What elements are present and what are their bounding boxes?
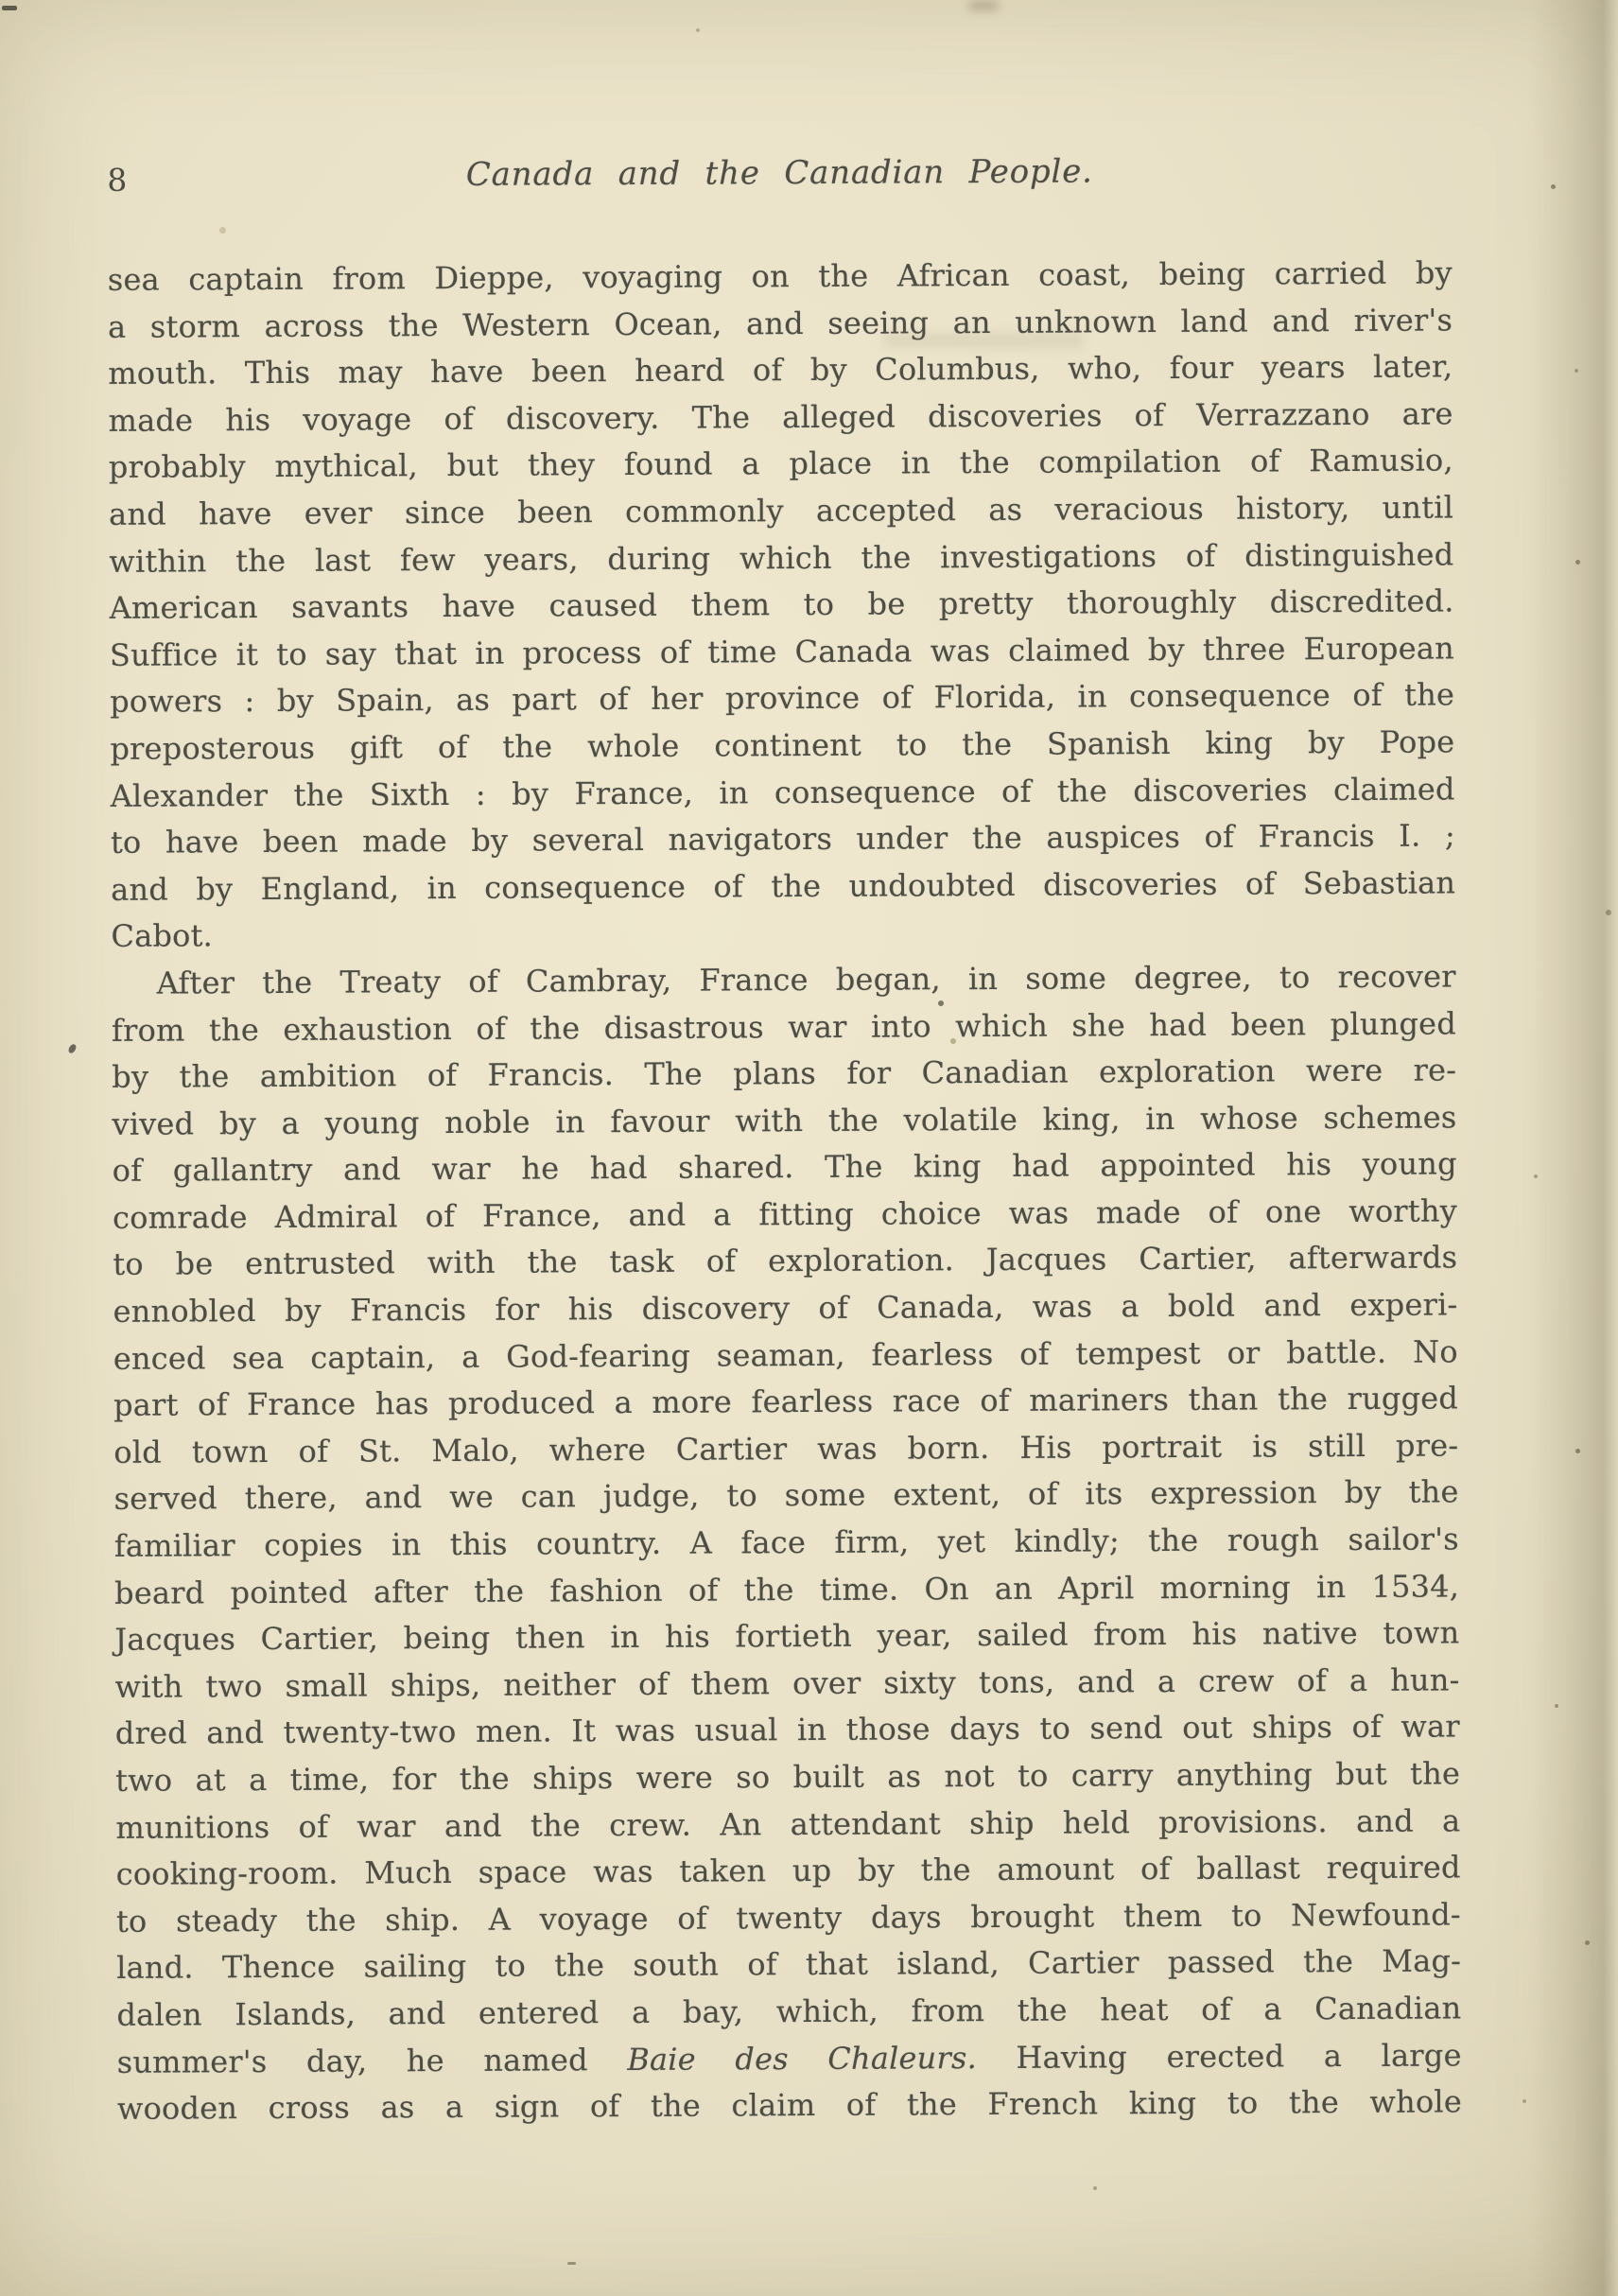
text-line: comrade Admiral of France, and a fitting…	[113, 1188, 1457, 1242]
text-line: and have ever since been commonly accept…	[109, 484, 1453, 538]
text-line: ennobled by Francis for his discovery of…	[113, 1281, 1457, 1335]
text-line: summer's day, he named Baie des Chaleurs…	[117, 2032, 1462, 2086]
text-line: enced sea captain, a God-fearing seaman,…	[113, 1329, 1458, 1383]
text-line: Cabot.	[111, 907, 1455, 961]
text-line: wooden cross as a sign of the claim of t…	[117, 2079, 1462, 2133]
text-line: a storm across the Western Ocean, and se…	[108, 297, 1453, 351]
text-line: American savants have caused them to be …	[110, 579, 1454, 633]
text-line: with two small ships, neither of them ov…	[114, 1657, 1459, 1711]
text-line: to have been made by several navigators …	[111, 813, 1455, 867]
text-line: from the exhaustion of the disastrous wa…	[112, 1000, 1456, 1054]
text-line: dalen Islands, and entered a bay, which,…	[116, 1985, 1461, 2039]
text-line: dred and twenty-two men. It was usual in…	[115, 1704, 1460, 1758]
text-line: preposterous gift of the whole continent…	[110, 719, 1454, 773]
text-line: After the Treaty of Cambray, France bega…	[112, 953, 1456, 1007]
page-header: 8 Canada and the Canadian People.	[107, 150, 1452, 208]
text-line: munitions of war and the crew. An attend…	[115, 1798, 1460, 1852]
text-line: to steady the ship. A voyage of twenty d…	[116, 1891, 1461, 1945]
text-line: part of France has produced a more fearl…	[113, 1376, 1458, 1430]
text-line: familiar copies in this country. A face …	[114, 1516, 1459, 1570]
text-line: sea captain from Dieppe, voyaging on the…	[108, 250, 1453, 304]
text-line: and by England, in consequence of the un…	[111, 860, 1455, 913]
text-line: vived by a young noble in favour with th…	[112, 1094, 1456, 1148]
text-line: mouth. This may have been heard of by Co…	[108, 344, 1453, 398]
text-line: two at a time, for the ships were so bui…	[115, 1750, 1460, 1804]
scanned-page-content: 8 Canada and the Canadian People. sea ca…	[0, 0, 1618, 2296]
page-text: sea captain from Dieppe, voyaging on the…	[108, 250, 1462, 2132]
text-line: beard pointed after the fashion of the t…	[114, 1563, 1459, 1617]
text-line: Jacques Cartier, being then in his forti…	[114, 1610, 1459, 1664]
text-line: powers : by Spain, as part of her provin…	[110, 672, 1454, 726]
text-line: to be entrusted with the task of explora…	[113, 1235, 1457, 1289]
page-number: 8	[107, 162, 128, 199]
text-line: by the ambition of Francis. The plans fo…	[112, 1048, 1456, 1102]
running-header-title: Canada and the Canadian People.	[107, 150, 1452, 195]
text-line: made his voyage of discovery. The allege…	[108, 391, 1453, 444]
text-line: old town of St. Malo, where Cartier was …	[113, 1422, 1458, 1476]
text-line: Alexander the Sixth : by France, in cons…	[111, 766, 1455, 820]
text-line: served there, and we can judge, to some …	[113, 1470, 1458, 1523]
text-line: within the last few years, during which …	[109, 531, 1453, 585]
paragraph: After the Treaty of Cambray, France bega…	[112, 953, 1462, 2132]
text-line: of gallantry and war he had shared. The …	[113, 1141, 1457, 1195]
text-line: cooking-room. Much space was taken up by…	[116, 1845, 1461, 1899]
text-line: Suffice it to say that in process of tim…	[110, 625, 1454, 679]
paragraph: sea captain from Dieppe, voyaging on the…	[108, 250, 1456, 960]
text-line: land. Thence sailing to the south of tha…	[116, 1939, 1461, 1992]
text-line: probably mythical, but they found a plac…	[109, 438, 1453, 492]
book-page: 8 Canada and the Canadian People. sea ca…	[0, 0, 1618, 2296]
